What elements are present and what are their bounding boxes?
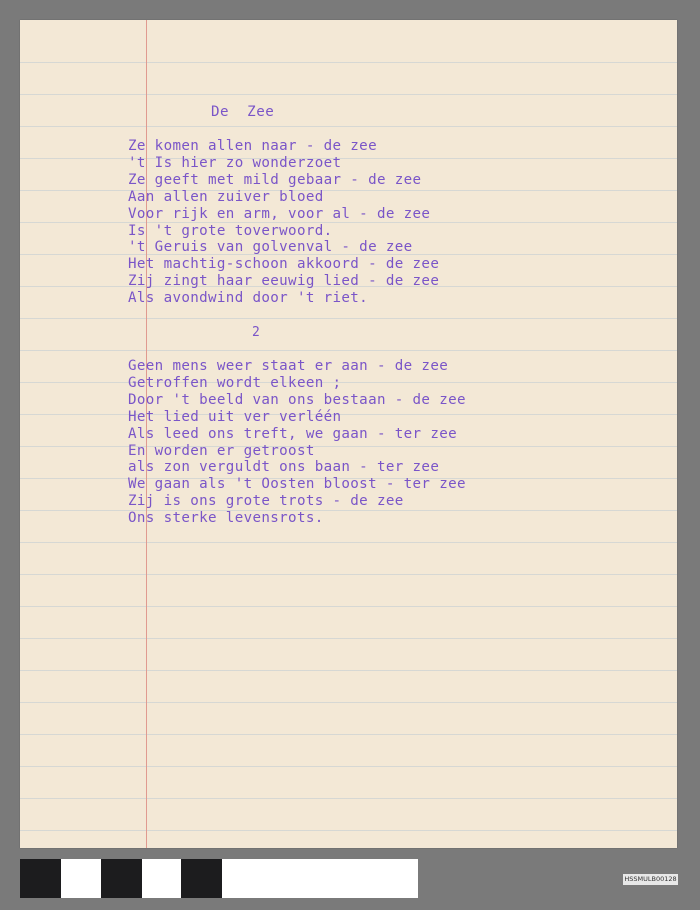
poem-line: Het machtig-schoon akkoord - de zee — [128, 256, 439, 273]
poem-line: 't Is hier zo wonderzoet — [128, 155, 439, 172]
color-calibration-bar — [20, 859, 418, 898]
poem-line: Ze geeft met mild gebaar - de zee — [128, 172, 439, 189]
poem-title: De Zee — [211, 104, 274, 120]
poem-line: Ons sterke levensrots. — [128, 510, 466, 527]
stanza-2: Geen mens weer staat er aan - de zeeGetr… — [128, 358, 466, 527]
stanza-1: Ze komen allen naar - de zee't Is hier z… — [128, 138, 439, 307]
poem-line: Het lied uit ver verléén — [128, 409, 466, 426]
poem-line: Is 't grote toverwoord. — [128, 223, 439, 240]
poem-line: Zij is ons grote trots - de zee — [128, 493, 466, 510]
poem-line: Aan allen zuiver bloed — [128, 189, 439, 206]
stanza-marker: 2 — [252, 325, 260, 340]
poem-line: Zij zingt haar eeuwig lied - de zee — [128, 273, 439, 290]
archive-label: HSSMULB00128 — [623, 874, 678, 885]
poem-line: Als avondwind door 't riet. — [128, 290, 439, 307]
poem-line: Als leed ons treft, we gaan - ter zee — [128, 426, 466, 443]
poem-line: Ze komen allen naar - de zee — [128, 138, 439, 155]
poem-line: Door 't beeld van ons bestaan - de zee — [128, 392, 466, 409]
calibration-black-patch — [181, 859, 222, 898]
poem-line: Getroffen wordt elkeen ; — [128, 375, 466, 392]
poem-line: Voor rijk en arm, voor al - de zee — [128, 206, 439, 223]
poem-line: En worden er getroost — [128, 443, 466, 460]
poem-line: We gaan als 't Oosten bloost - ter zee — [128, 476, 466, 493]
calibration-black-patch — [20, 859, 61, 898]
poem-line: als zon verguldt ons baan - ter zee — [128, 459, 466, 476]
poem-line: 't Geruis van golvenval - de zee — [128, 239, 439, 256]
calibration-black-patch — [101, 859, 142, 898]
poem-line: Geen mens weer staat er aan - de zee — [128, 358, 466, 375]
